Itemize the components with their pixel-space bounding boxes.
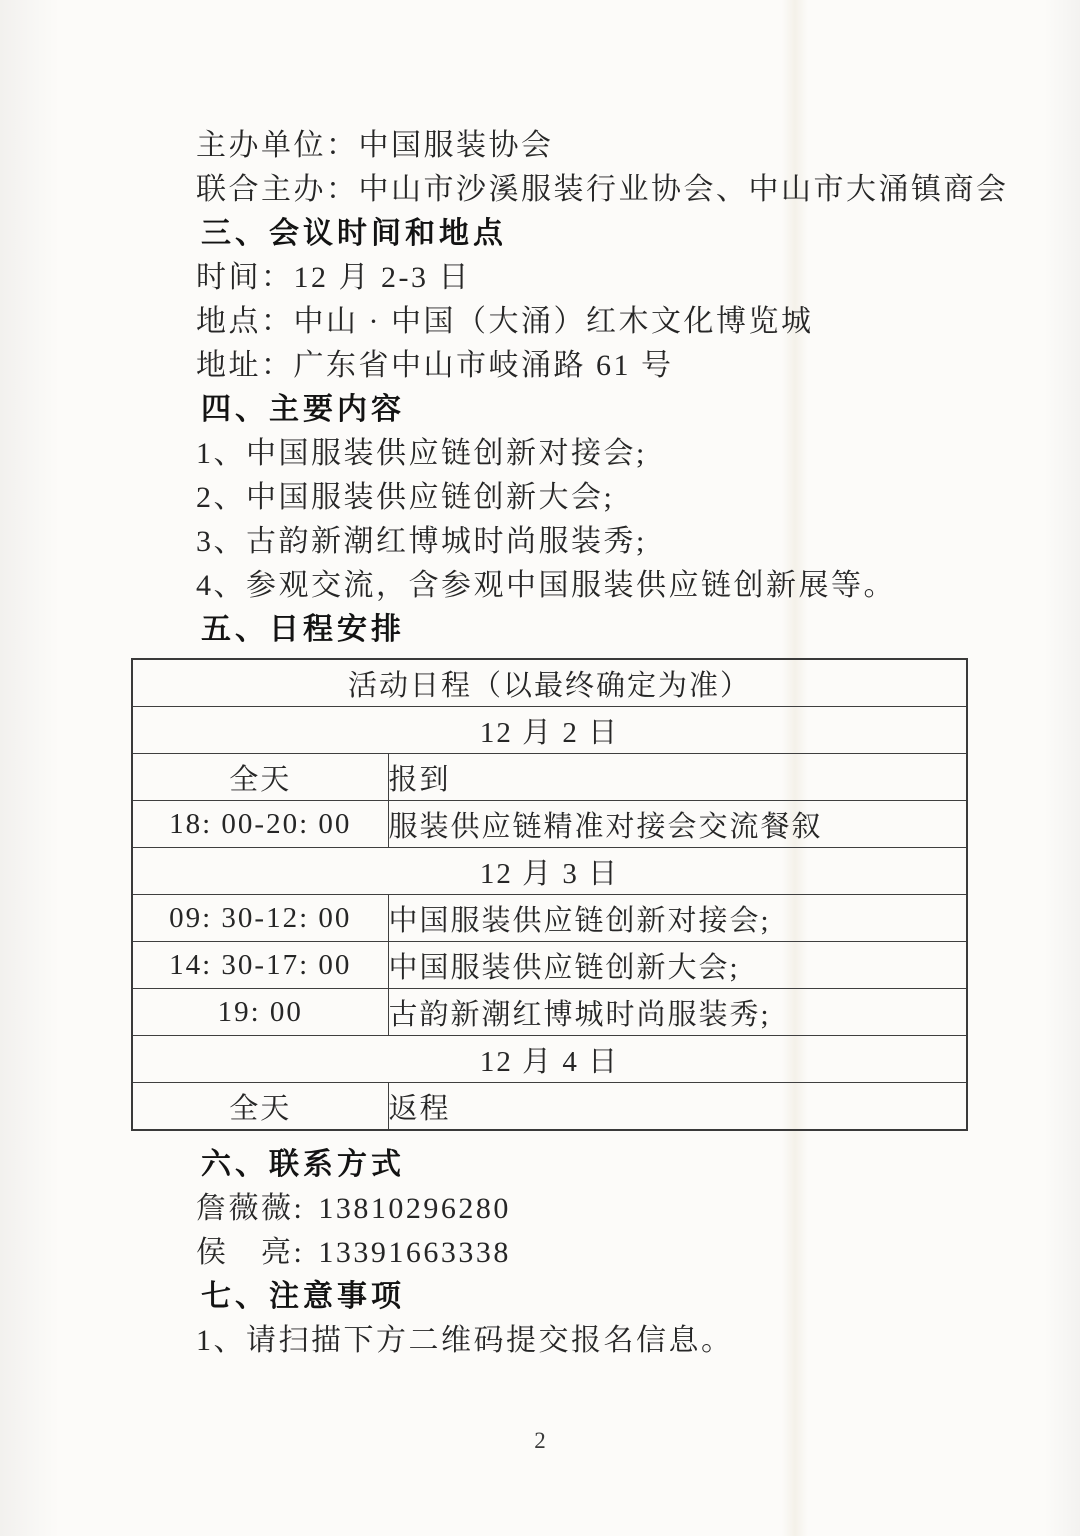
schedule-date-row: 12 月 4 日 [132,1036,967,1083]
contact-name: 侯 亮: [196,1236,304,1269]
schedule-event-row: 19: 00 古韵新潮红博城时尚服装秀; [132,989,967,1036]
schedule-event-row: 14: 30-17: 00 中国服装供应链创新大会; [132,942,967,989]
schedule-time-cell: 19: 00 [132,989,388,1036]
main-content-item: 4、参观交流，含参观中国服装供应链创新展等。 [196,564,1080,608]
notes-item: 1、请扫描下方二维码提交报名信息。 [196,1319,1080,1363]
schedule-activity-cell: 返程 [388,1083,967,1131]
document-page: 主办单位：中国服装协会 联合主办：中山市沙溪服装行业协会、中山市大涌镇商会 三、… [0,0,1080,1536]
schedule-activity-cell: 报到 [388,754,967,801]
page-number: 2 [0,1426,1080,1456]
schedule-activity-cell: 中国服装供应链创新大会; [388,942,967,989]
schedule-activity-cell: 中国服装供应链创新对接会; [388,895,967,942]
schedule-date-row: 12 月 3 日 [132,848,967,895]
co-organizer-line: 联合主办：中山市沙溪服装行业协会、中山市大涌镇商会 [196,168,1080,212]
main-content-item: 3、古韵新潮红博城时尚服装秀; [196,520,1080,564]
section-main-content-title: 四、主要内容 [201,388,1080,432]
contact-line: 侯 亮:13391663338 [196,1231,1080,1275]
schedule-table: 活动日程（以最终确定为准） 12 月 2 日 全天 报到 18: 00-20: … [131,658,968,1131]
section-meeting-title: 三、会议时间和地点 [201,212,1080,256]
main-content-item: 2、中国服装供应链创新大会; [196,476,1080,520]
schedule-time-cell: 09: 30-12: 00 [132,895,388,942]
contact-line: 詹薇薇:13810296280 [196,1187,1080,1231]
schedule-time-cell: 14: 30-17: 00 [132,942,388,989]
contact-phone: 13810296280 [318,1192,511,1225]
section-contact-title: 六、联系方式 [201,1143,1080,1187]
section-schedule-title: 五、日程安排 [201,608,1080,652]
schedule-caption: 活动日程（以最终确定为准） [132,659,967,707]
schedule-event-row: 09: 30-12: 00 中国服装供应链创新对接会; [132,895,967,942]
schedule-date: 12 月 4 日 [132,1036,967,1083]
schedule-date-row: 12 月 2 日 [132,707,967,754]
contact-phone: 13391663338 [318,1236,511,1269]
schedule-date: 12 月 2 日 [132,707,967,754]
schedule-event-row: 全天 报到 [132,754,967,801]
schedule-activity-cell: 古韵新潮红博城时尚服装秀; [388,989,967,1036]
schedule-activity-cell: 服装供应链精准对接会交流餐叙 [388,801,967,848]
contact-name: 詹薇薇: [196,1192,304,1225]
schedule-time-cell: 18: 00-20: 00 [132,801,388,848]
section-notes-title: 七、注意事项 [201,1275,1080,1319]
document-content: 主办单位：中国服装协会 联合主办：中山市沙溪服装行业协会、中山市大涌镇商会 三、… [0,0,1080,1363]
schedule-event-row: 全天 返程 [132,1083,967,1131]
schedule-time-cell: 全天 [132,1083,388,1131]
schedule-event-row: 18: 00-20: 00 服装供应链精准对接会交流餐叙 [132,801,967,848]
organizer-line: 主办单位：中国服装协会 [196,124,1080,168]
schedule-date: 12 月 3 日 [132,848,967,895]
schedule-caption-row: 活动日程（以最终确定为准） [132,659,967,707]
main-content-item: 1、中国服装供应链创新对接会; [196,432,1080,476]
schedule-time-cell: 全天 [132,754,388,801]
meeting-venue-line: 地点：中山 · 中国（大涌）红木文化博览城 [196,300,1080,344]
meeting-time-line: 时间：12 月 2-3 日 [196,256,1080,300]
meeting-address-line: 地址：广东省中山市岐涌路 61 号 [196,344,1080,388]
